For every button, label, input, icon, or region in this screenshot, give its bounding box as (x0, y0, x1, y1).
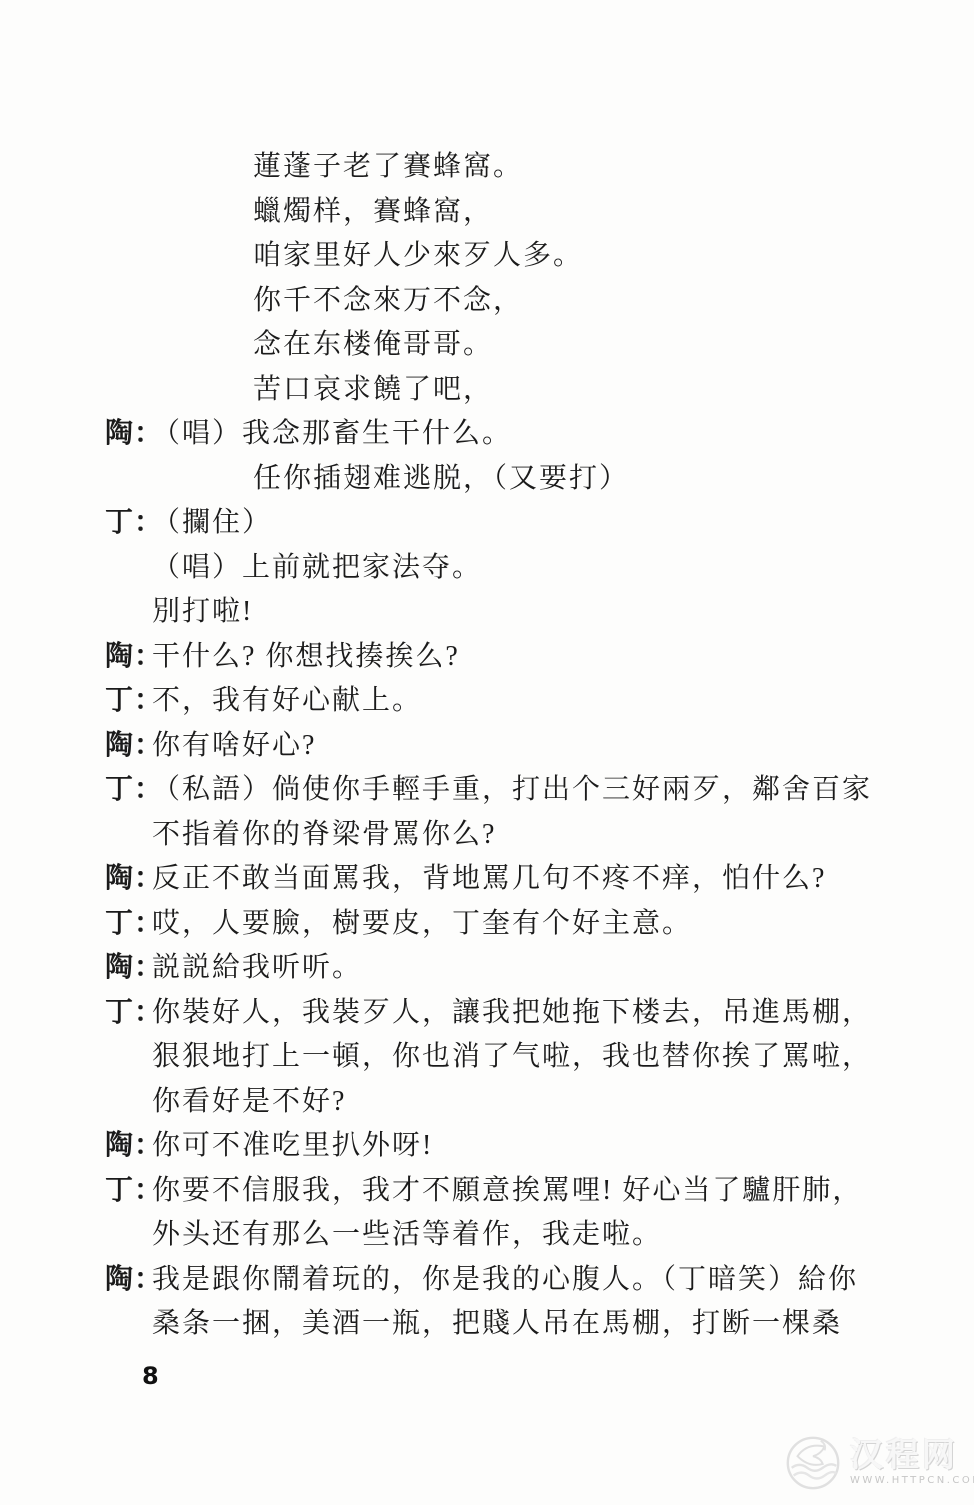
script-line: 蓮蓬子老了賽蜂窩。 (0, 145, 974, 190)
line-text: 不，我有好心献上。 (152, 679, 974, 724)
line-text: 不指着你的脊梁骨罵你么? (152, 813, 974, 858)
line-text: 蠟燭样，賽蜂窩， (253, 190, 974, 235)
speaker-label: 陶： (105, 1124, 163, 1169)
script-text-block: 蓮蓬子老了賽蜂窩。 蠟燭样，賽蜂窩， 咱家里好人少來歹人多。 你千不念來万不念，… (0, 145, 974, 1347)
script-line: 陶：（唱）我念那畜生干什么。 (0, 412, 974, 457)
watermark-site-url: WWW.HTTPCN.COM (850, 1475, 974, 1486)
script-line: 陶：反正不敢当面罵我，背地罵几句不疼不痒，怕什么? (0, 857, 974, 902)
script-line: 你看好是不好? (0, 1080, 974, 1125)
line-text: 説説給我听听。 (152, 946, 974, 991)
line-text: 苦口哀求饒了吧， (253, 368, 974, 413)
line-text: （攔住） (152, 501, 974, 546)
speaker-label: 陶： (105, 1258, 163, 1303)
line-text: 反正不敢当面罵我，背地罵几句不疼不痒，怕什么? (152, 857, 974, 902)
speaker-label: 陶： (105, 857, 163, 902)
line-text: 你要不信服我，我才不願意挨罵哩! 好心当了驢肝肺， (152, 1169, 974, 1214)
script-line: （唱）上前就把家法夺。 (0, 546, 974, 591)
line-text: 干什么? 你想找揍挨么? (152, 635, 974, 680)
script-line: 別打啦! (0, 590, 974, 635)
script-line: 陶：你可不准吃里扒外呀! (0, 1124, 974, 1169)
watermark: 汉程网 WWW.HTTPCN.COM (782, 1428, 968, 1496)
line-text: （唱）上前就把家法夺。 (152, 546, 974, 591)
script-line: 陶：干什么? 你想找揍挨么? (0, 635, 974, 680)
script-line: 念在东楼俺哥哥。 (0, 323, 974, 368)
script-line: 陶：你有啥好心? (0, 724, 974, 769)
watermark-site-name: 汉程网 (850, 1439, 958, 1473)
script-line: 外头还有那么一些活等着作，我走啦。 (0, 1213, 974, 1258)
script-line: 不指着你的脊梁骨罵你么? (0, 813, 974, 858)
line-text: （唱）我念那畜生干什么。 (152, 412, 974, 457)
line-text: 你看好是不好? (152, 1080, 974, 1125)
line-text: 你有啥好心? (152, 724, 974, 769)
line-text: （私語）倘使你手輕手重，打出个三好兩歹，鄰舍百家 (152, 768, 974, 813)
line-text: 桑条一捆，美酒一瓶，把賤人吊在馬棚，打断一棵桑 (152, 1302, 974, 1347)
line-text: 你千不念來万不念， (253, 279, 974, 324)
speaker-label: 丁： (105, 1169, 163, 1214)
speaker-label: 丁： (105, 991, 163, 1036)
line-text: 別打啦! (152, 590, 974, 635)
script-line: 丁：你要不信服我，我才不願意挨罵哩! 好心当了驢肝肺， (0, 1169, 974, 1214)
script-line: 丁：不，我有好心献上。 (0, 679, 974, 724)
script-line: 苦口哀求饒了吧， (0, 368, 974, 413)
speaker-label: 丁： (105, 501, 163, 546)
line-text: 哎，人要臉，樹要皮，丁奎有个好主意。 (152, 902, 974, 947)
line-text: 任你插翅难逃脱，（又要打） (253, 457, 974, 502)
scanned-script-page: 蓮蓬子老了賽蜂窩。 蠟燭样，賽蜂窩， 咱家里好人少來歹人多。 你千不念來万不念，… (0, 0, 974, 1505)
speaker-label: 丁： (105, 902, 163, 947)
script-line: 任你插翅难逃脱，（又要打） (0, 457, 974, 502)
speaker-label: 陶： (105, 412, 163, 457)
script-line: 狠狠地打上一頓，你也消了气啦，我也替你挨了罵啦， (0, 1035, 974, 1080)
line-text: 你可不准吃里扒外呀! (152, 1124, 974, 1169)
script-line: 你千不念來万不念， (0, 279, 974, 324)
line-text: 狠狠地打上一頓，你也消了气啦，我也替你挨了罵啦， (152, 1035, 974, 1080)
script-line: 陶：我是跟你鬧着玩的，你是我的心腹人。（丁暗笑）給你 (0, 1258, 974, 1303)
script-line: 丁：哎，人要臉，樹要皮，丁奎有个好主意。 (0, 902, 974, 947)
line-text: 外头还有那么一些活等着作，我走啦。 (152, 1213, 974, 1258)
speaker-label: 陶： (105, 946, 163, 991)
script-line: 蠟燭样，賽蜂窩， (0, 190, 974, 235)
speaker-label: 丁： (105, 768, 163, 813)
script-line: 丁：你裝好人，我裝歹人，讓我把她拖下楼去，吊進馬棚， (0, 991, 974, 1036)
speaker-label: 陶： (105, 724, 163, 769)
fish-wave-logo-icon (782, 1431, 844, 1493)
script-line: 丁：（攔住） (0, 501, 974, 546)
line-text: 念在东楼俺哥哥。 (253, 323, 974, 368)
speaker-label: 丁： (105, 679, 163, 724)
script-line: 陶：説説給我听听。 (0, 946, 974, 991)
script-line: 桑条一捆，美酒一瓶，把賤人吊在馬棚，打断一棵桑 (0, 1302, 974, 1347)
line-text: 蓮蓬子老了賽蜂窩。 (253, 145, 974, 190)
line-text: 咱家里好人少來歹人多。 (253, 234, 974, 279)
page-number: 8 (142, 1362, 159, 1390)
line-text: 你裝好人，我裝歹人，讓我把她拖下楼去，吊進馬棚， (152, 991, 974, 1036)
speaker-label: 陶： (105, 635, 163, 680)
line-text: 我是跟你鬧着玩的，你是我的心腹人。（丁暗笑）給你 (152, 1258, 974, 1303)
script-line: 咱家里好人少來歹人多。 (0, 234, 974, 279)
script-line: 丁：（私語）倘使你手輕手重，打出个三好兩歹，鄰舍百家 (0, 768, 974, 813)
watermark-texts: 汉程网 WWW.HTTPCN.COM (850, 1439, 974, 1486)
